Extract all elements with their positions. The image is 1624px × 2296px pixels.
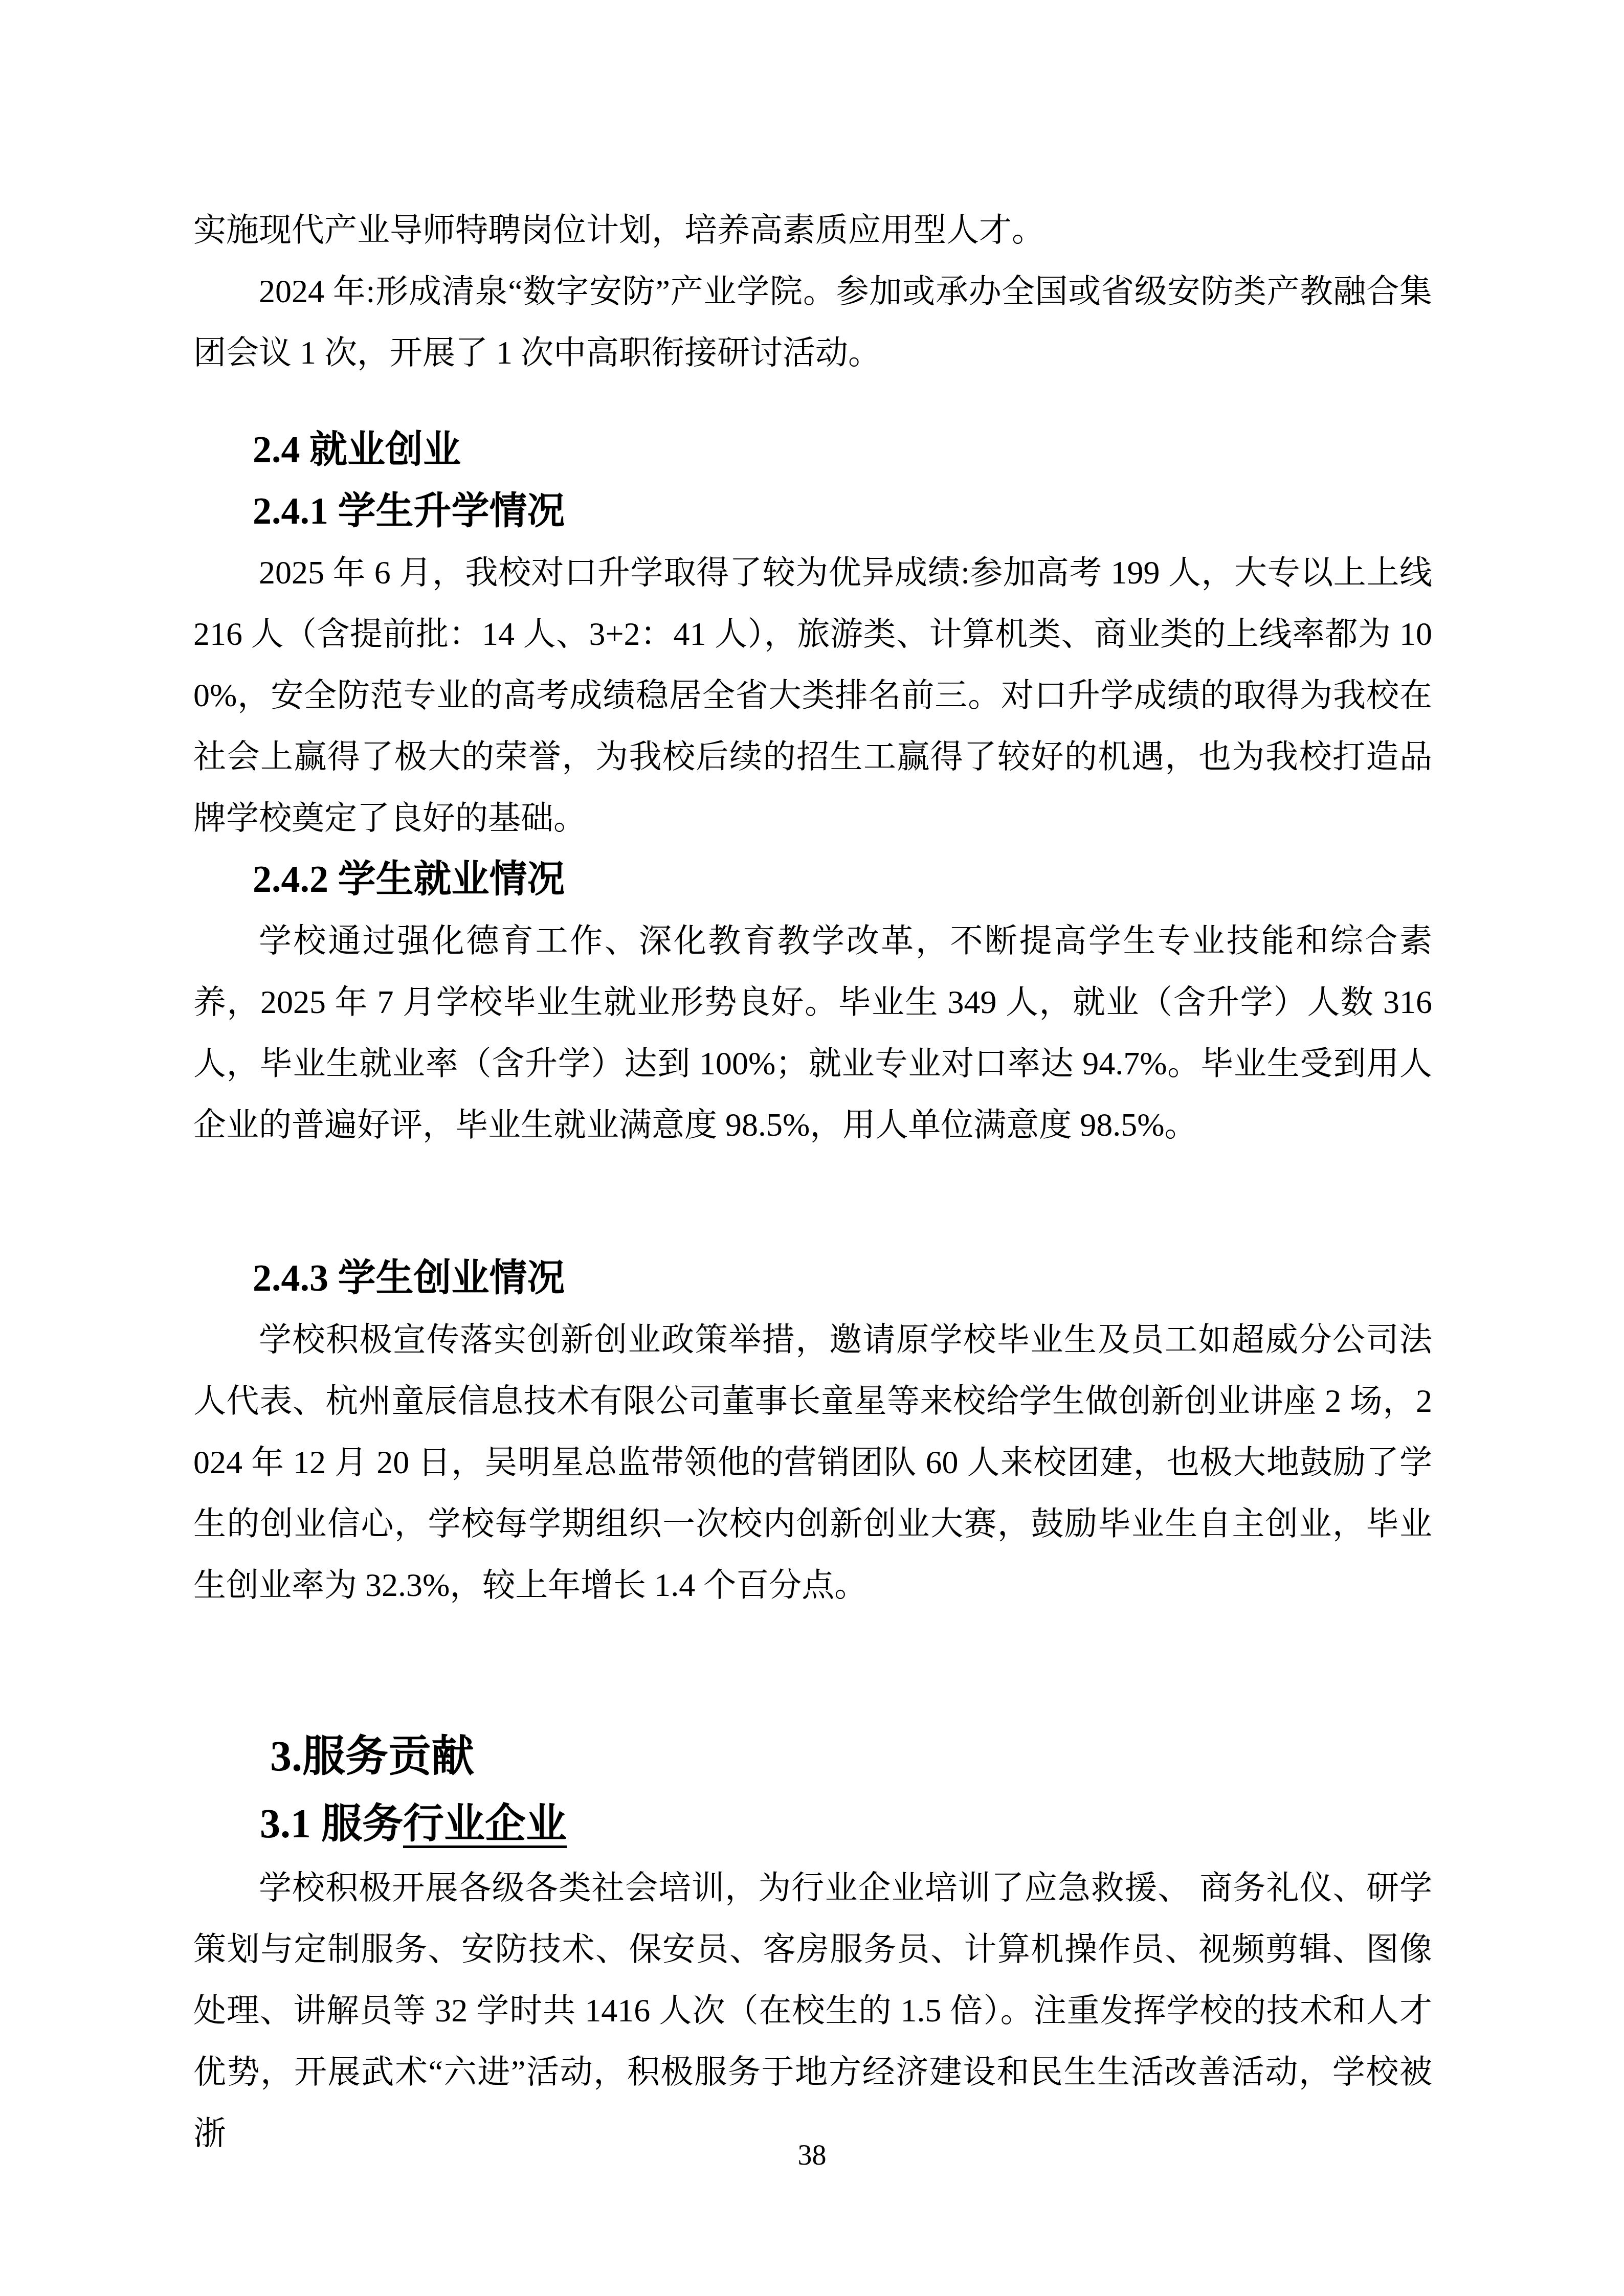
heading-text: 3.1 服务: [260, 1802, 403, 1847]
blank-line: [193, 1156, 1432, 1217]
underlined-heading-text: 行业企业: [403, 1802, 567, 1847]
paragraph-continuation: 实施现代产业导师特聘岗位计划，培养高素质应用型人才。: [193, 199, 1432, 261]
blank-line: [193, 1616, 1432, 1677]
section-heading: 3.1 服务行业企业: [193, 1791, 1432, 1857]
chapter-heading: 3.服务贡献: [193, 1723, 1432, 1791]
subsection-heading: 2.4 就业创业: [193, 419, 1432, 481]
page-number: 38: [0, 2140, 1624, 2171]
subsubsection-heading: 2.4.3 学生创业情况: [193, 1248, 1432, 1309]
document-body: 实施现代产业导师特聘岗位计划，培养高素质应用型人才。2024 年:形成清泉“数字…: [193, 199, 1432, 2164]
paragraph: 学校通过强化德育工作、深化教育教学改革，不断提高学生专业技能和综合素养，2025…: [193, 910, 1432, 1156]
paragraph: 学校积极开展各级各类社会培训，为行业企业培训了应急救援、 商务礼仪、研学策划与定…: [193, 1857, 1432, 2164]
document-page: 实施现代产业导师特聘岗位计划，培养高素质应用型人才。2024 年:形成清泉“数字…: [0, 0, 1624, 2296]
paragraph: 2024 年:形成清泉“数字安防”产业学院。参加或承办全国或省级安防类产教融合集…: [193, 261, 1432, 384]
subsubsection-heading: 2.4.1 学生升学情况: [193, 481, 1432, 542]
paragraph: 2025 年 6 月，我校对口升学取得了较为优异成绩:参加高考 199 人，大专…: [193, 542, 1432, 849]
paragraph: 学校积极宣传落实创新创业政策举措，邀请原学校毕业生及员工如超威分公司法人代表、杭…: [193, 1309, 1432, 1616]
subsubsection-heading: 2.4.2 学生就业情况: [193, 849, 1432, 910]
